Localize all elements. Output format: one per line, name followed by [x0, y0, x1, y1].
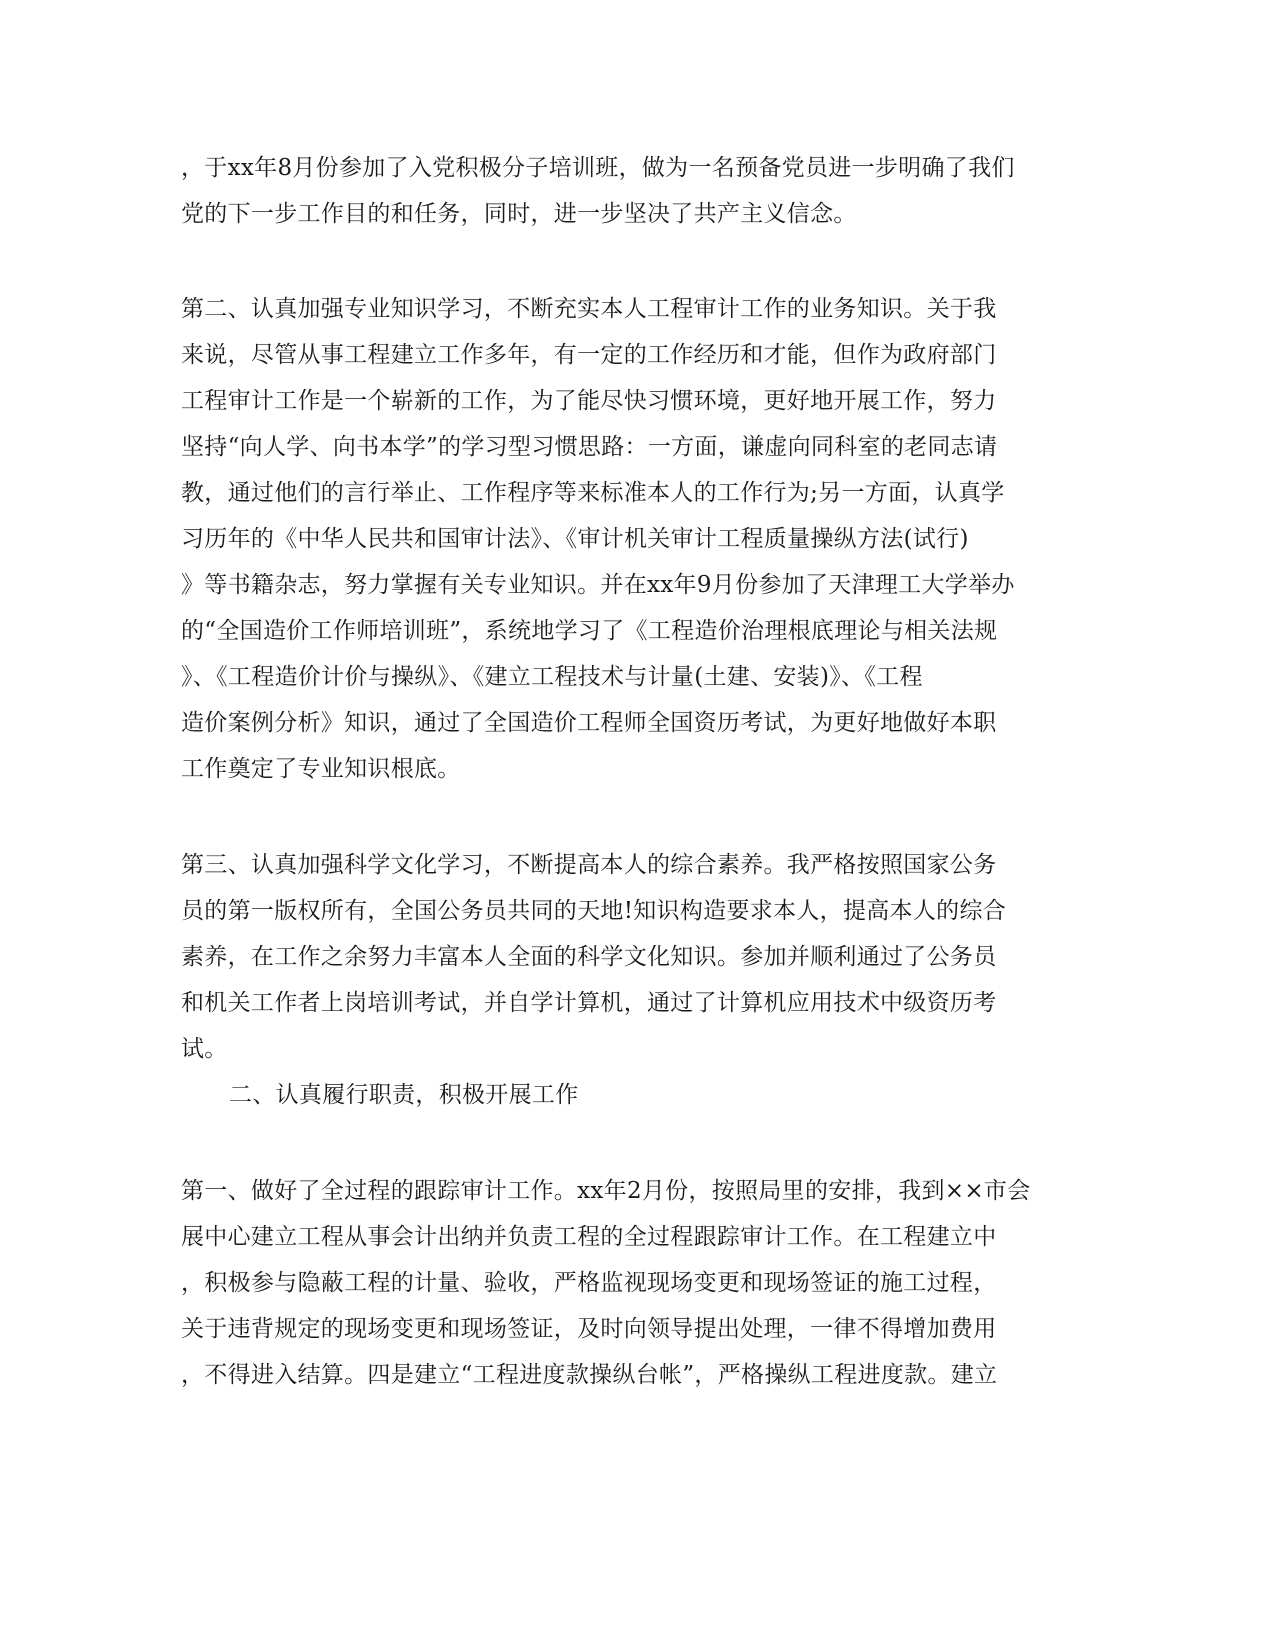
- text-line: 试。: [181, 1034, 228, 1064]
- text-line: 教，通过他们的言行举止、工作程序等来标准本人的工作行为;另一方面，认真学: [181, 478, 1005, 508]
- section-heading: 二、认真履行职责，积极开展工作: [229, 1080, 579, 1110]
- text-line: 关于违背规定的现场变更和现场签证，及时向领导提出处理，一律不得增加费用: [181, 1314, 997, 1344]
- text-line: ，不得进入结算。四是建立“工程进度款操纵台帐”，严格操纵工程进度款。建立: [181, 1360, 997, 1390]
- text-line: 》、《工程造价计价与操纵》、《建立工程技术与计量(土建、安装)》、《工程: [181, 662, 923, 692]
- text-line: 和机关工作者上岗培训考试，并自学计算机，通过了计算机应用技术中级资历考: [181, 988, 997, 1018]
- text-line: 工作奠定了专业知识根底。: [181, 754, 461, 784]
- text-line: 第一、做好了全过程的跟踪审计工作。xx年2月份，按照局里的安排，我到××市会: [181, 1176, 1031, 1206]
- text-line: 第二、认真加强专业知识学习，不断充实本人工程审计工作的业务知识。关于我: [181, 294, 997, 324]
- text-line: 第三、认真加强科学文化学习，不断提高本人的综合素养。我严格按照国家公务: [181, 850, 997, 880]
- text-line: 》等书籍杂志，努力掌握有关专业知识。并在xx年9月份参加了天津理工大学举办: [181, 570, 1015, 600]
- text-line: ，积极参与隐蔽工程的计量、验收，严格监视现场变更和现场签证的施工过程，: [181, 1268, 997, 1298]
- text-line: 来说，尽管从事工程建立工作多年，有一定的工作经历和才能，但作为政府部门: [181, 340, 997, 370]
- text-line: 展中心建立工程从事会计出纳并负责工程的全过程跟踪审计工作。在工程建立中: [181, 1222, 997, 1252]
- text-line: 造价案例分析》知识，通过了全国造价工程师全国资历考试，为更好地做好本职: [181, 708, 997, 738]
- text-line: 坚持“向人学、向书本学”的学习型习惯思路：一方面，谦虚向同科室的老同志请: [181, 432, 997, 462]
- text-line: 工程审计工作是一个崭新的工作，为了能尽快习惯环境，更好地开展工作，努力: [181, 386, 997, 416]
- text-line: ，于xx年8月份参加了入党积极分子培训班，做为一名预备党员进一步明确了我们: [181, 153, 1015, 183]
- text-line: 素养，在工作之余努力丰富本人全面的科学文化知识。参加并顺利通过了公务员: [181, 942, 997, 972]
- document-page: ，于xx年8月份参加了入党积极分子培训班，做为一名预备党员进一步明确了我们 党的…: [0, 0, 1275, 1650]
- text-line: 党的下一步工作目的和任务，同时，进一步坚决了共产主义信念。: [181, 199, 857, 229]
- text-line: 习历年的《中华人民共和国审计法》、《审计机关审计工程质量操纵方法(试行): [181, 524, 969, 554]
- text-line: 的“全国造价工作师培训班”，系统地学习了《工程造价治理根底理论与相关法规: [181, 616, 997, 646]
- text-line: 员的第一版权所有，全国公务员共同的天地!知识构造要求本人，提高本人的综合: [181, 896, 1006, 926]
